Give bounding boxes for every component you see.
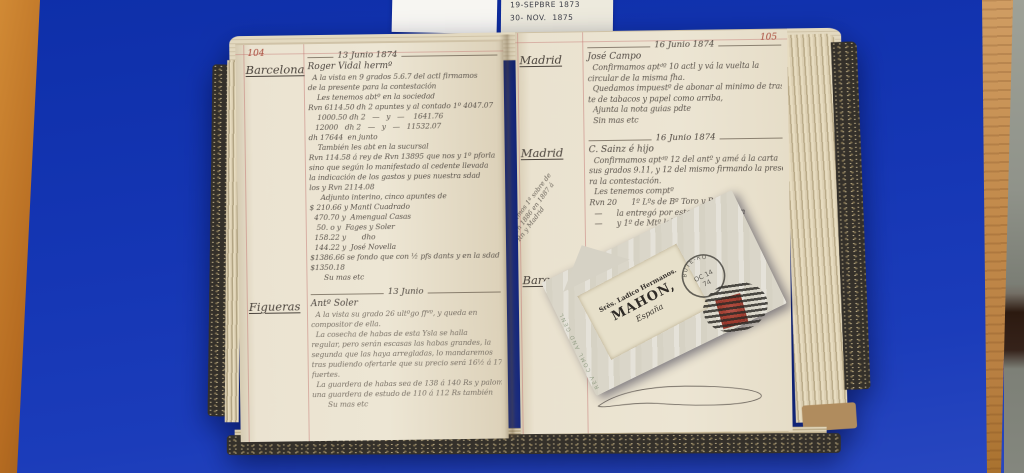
ledger-entry-madrid-campo: Madrid 16 Junio 1874 José Campo Confirma… <box>515 35 788 127</box>
open-ledger-book: 104 Barcelona 13 Junio 1874 Roger Vidal … <box>199 21 873 462</box>
entry-lines: A la vista su grado 26 ultºgo ffᵈº, y qu… <box>311 307 502 410</box>
date-text: 16 Junio 1874 <box>654 39 714 50</box>
entry-place: Madrid <box>521 145 564 160</box>
date-rule <box>428 291 501 293</box>
entry-place: Madrid <box>519 53 562 68</box>
entry-lines: A la vista en 9 grados 5.6.7 del actl fi… <box>308 71 501 284</box>
wooden-table-edge-left <box>0 0 44 473</box>
date-rule <box>307 57 333 58</box>
entry-place: Figueras <box>249 299 301 314</box>
slip-date-line-2: 30- NOV. 1875 <box>501 11 613 25</box>
postmark-year: 74 <box>702 278 713 289</box>
entry-lines: Confirmamos aptᵈº 10 actl y vá la vuelta… <box>588 61 783 127</box>
date-rule <box>587 46 650 48</box>
date-rule <box>718 45 781 47</box>
ledger-entry-figueras: Figueras 13 Junio Antº Soler A la vista … <box>239 282 509 411</box>
date-text: 16 Junio 1874 <box>655 132 715 143</box>
folio-number-left: 104 <box>247 49 264 59</box>
photo-open-ledger-scene: 19-SEPBRE 1873 30- NOV. 1875 104 Barcelo… <box>0 0 1024 473</box>
date-rule <box>401 55 497 57</box>
date-text: 13 Junio <box>388 287 424 297</box>
date-rule <box>589 139 652 141</box>
handwritten-line: Sin mas etc <box>588 114 782 127</box>
slip-date-line-1: 19-SEPBRE 1873 <box>501 0 613 11</box>
entry-place: Barcelona <box>245 62 304 77</box>
ledger-entry-barcelona: Barcelona 13 Junio 1874 Roger Vidal herm… <box>235 45 506 284</box>
left-page: 104 Barcelona 13 Junio 1874 Roger Vidal … <box>235 40 509 442</box>
handwritten-line: Su mas etc <box>312 397 502 410</box>
handwritten-line: Su mas etc <box>310 270 500 283</box>
date-rule <box>720 137 783 139</box>
folio-number-right: 105 <box>760 33 777 43</box>
date-rule <box>311 293 384 295</box>
